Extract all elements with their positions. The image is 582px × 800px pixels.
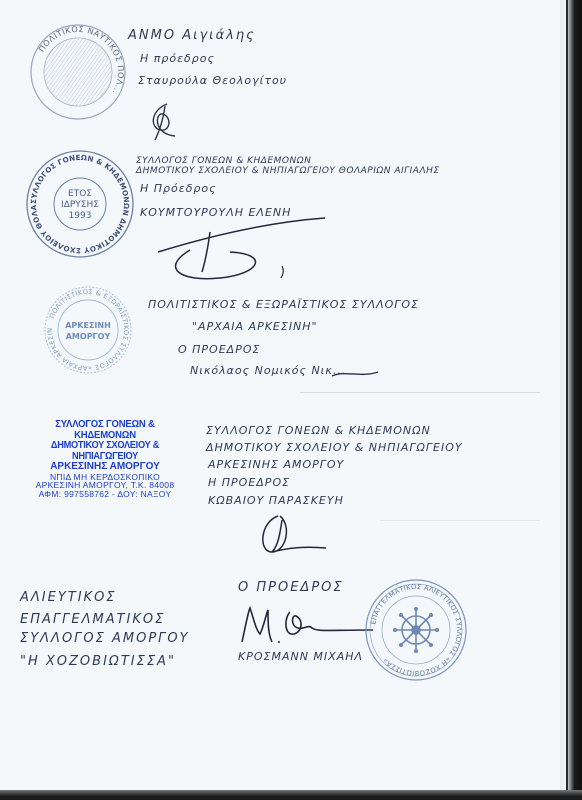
association-name-line2: ΕΠΑΓΓΕΛΜΑΤΙΚΟΣ [20, 612, 165, 627]
svg-text:ΑΜΟΡΓΟΥ: ΑΜΟΡΓΟΥ [66, 332, 111, 341]
round-stamp-icon: ΠΟΛΙΤΙΚΟΣ ΝΑΥΤΙΚΟΣ ΠΟΛ... [28, 22, 128, 122]
role-title: Ο ΠΡΟΕΔΡΟΣ [178, 343, 260, 356]
nautical-club-stamp: ΠΟΛΙΤΙΚΟΣ ΝΑΥΤΙΚΟΣ ΠΟΛ... [28, 22, 128, 122]
signature [258, 512, 328, 556]
parents-association-aigiali-stamp: ΣΥΛΛΟΓΟΣ ΓΟΝΕΩΝ & ΚΗΔΕΜΟΝΩΝ ΔΗΜΟΤΙΚΟΥ ΣΧ… [24, 148, 136, 260]
ship-wheel-stamp-icon: ΕΠΑΓΓΕΛΜΑΤΙΚΟΣ ΑΛΙΕΥΤΙΚΟΣ ΣΥΛΛΟΓΟΣ «Η ΧΟ… [364, 578, 468, 682]
page-edge [560, 0, 566, 790]
association-name-line3: ΑΡΚΕΣΙΝΗΣ ΑΜΟΡΓΟΥ [208, 458, 344, 471]
cultural-association-arkesini-stamp: ΠΟΛΙΤΙΣΤΙΚΟΣ & ΕΞΩΡΑΪΣΤΙΚΟΣ ΣΥΛΛΟΓΟΣ «ΑΡ… [42, 284, 134, 376]
association-name-line1: ΠΟΛΙΤΙΣΤΙΚΟΣ & ΕΞΩΡΑΪΣΤΙΚΟΣ ΣΥΛΛΟΓΟΣ [148, 298, 419, 311]
association-name-line2: ΔΗΜΟΤΙΚΟΥ ΣΧΟΛΕΙΟΥ & ΝΗΠΙΑΓΩΓΕΙΟΥ ΘΟΛΑΡΙ… [136, 166, 440, 176]
signature-flourish [330, 366, 380, 380]
fold-line [380, 520, 540, 521]
role-title: Ο ΠΡΟΕΔΡΟΣ [238, 580, 344, 595]
association-name-line1: ΑΛΙΕΥΤΙΚΟΣ [20, 590, 117, 605]
association-name-line1: ΣΥΛΛΟΓΟΣ ΓΟΝΕΩΝ & ΚΗΔΕΜΟΝΩΝ [206, 424, 431, 437]
association-name-line2: "ΑΡΧΑΙΑ ΑΡΚΕΣΙΝΗ" [192, 320, 318, 333]
scanner-shadow-bottom [0, 790, 582, 800]
svg-text:ΕΤΟΣ: ΕΤΟΣ [68, 189, 92, 199]
signature [238, 604, 378, 648]
association-name-line2: ΔΗΜΟΤΙΚΟΥ ΣΧΟΛΕΙΟΥ & ΝΗΠΙΑΓΩΓΕΙΟΥ [206, 441, 463, 454]
signatory-name: ΚΡΟΣΜΑΝΝ ΜΙΧΑΗΛ [238, 650, 363, 663]
signatory-name: Σταυρούλα Θεολογίτου [138, 74, 287, 87]
association-name-line3: ΣΥΛΛΟΓΟΣ ΑΜΟΡΓΟΥ [20, 631, 190, 646]
role-title: Η Πρόεδρος [140, 182, 217, 195]
round-stamp-icon: ΣΥΛΛΟΓΟΣ ΓΟΝΕΩΝ & ΚΗΔΕΜΟΝΩΝ ΔΗΜΟΤΙΚΟΥ ΣΧ… [24, 148, 136, 260]
scanner-shadow-right [568, 0, 582, 800]
fishermen-association-stamp: ΕΠΑΓΓΕΛΜΑΤΙΚΟΣ ΑΛΙΕΥΤΙΚΟΣ ΣΥΛΛΟΓΟΣ «Η ΧΟ… [364, 578, 468, 682]
signatory-name: ΚΩΒΑΙΟΥ ΠΑΡΑΣΚΕΥΗ [208, 494, 344, 507]
role-title: Η πρόεδρος [140, 52, 215, 65]
fold-line [300, 392, 540, 393]
association-name-line1: ΣΥΛΛΟΓΟΣ ΓΟΝΕΩΝ & ΚΗΔΕΜΟΝΩΝ [136, 156, 311, 166]
scanned-page: ΠΟΛΙΤΙΚΟΣ ΝΑΥΤΙΚΟΣ ΠΟΛ... ΑΝΜΟ Αιγιάλης … [0, 0, 566, 790]
svg-text:ΙΔΡΥΣΗΣ: ΙΔΡΥΣΗΣ [61, 200, 99, 210]
association-name: ΑΝΜΟ Αιγιάλης [128, 28, 256, 43]
association-name-line4: "Η ΧΟΖΟΒΙΩΤΙΣΣΑ" [20, 654, 176, 669]
role-title: Η ΠΡΟΕΔΡΟΣ [208, 476, 290, 489]
round-stamp-icon: ΠΟΛΙΤΙΣΤΙΚΟΣ & ΕΞΩΡΑΪΣΤΙΚΟΣ ΣΥΛΛΟΓΟΣ «ΑΡ… [42, 284, 134, 376]
parents-association-arkesini-printed-stamp: ΣΥΛΛΟΓΟΣ ΓΟΝΕΩΝ & ΚΗΔΕΜΟΝΩΝ ΔΗΜΟΤΙΚΟΥ ΣΧ… [20, 420, 190, 499]
signatory-name: Νικόλαος Νομικός Νικ... [190, 364, 346, 377]
svg-text:1993: 1993 [69, 211, 92, 221]
svg-text:ΑΡΚΕΣΙΝΗ: ΑΡΚΕΣΙΝΗ [65, 321, 111, 330]
signature [150, 212, 330, 282]
signature [145, 100, 185, 142]
